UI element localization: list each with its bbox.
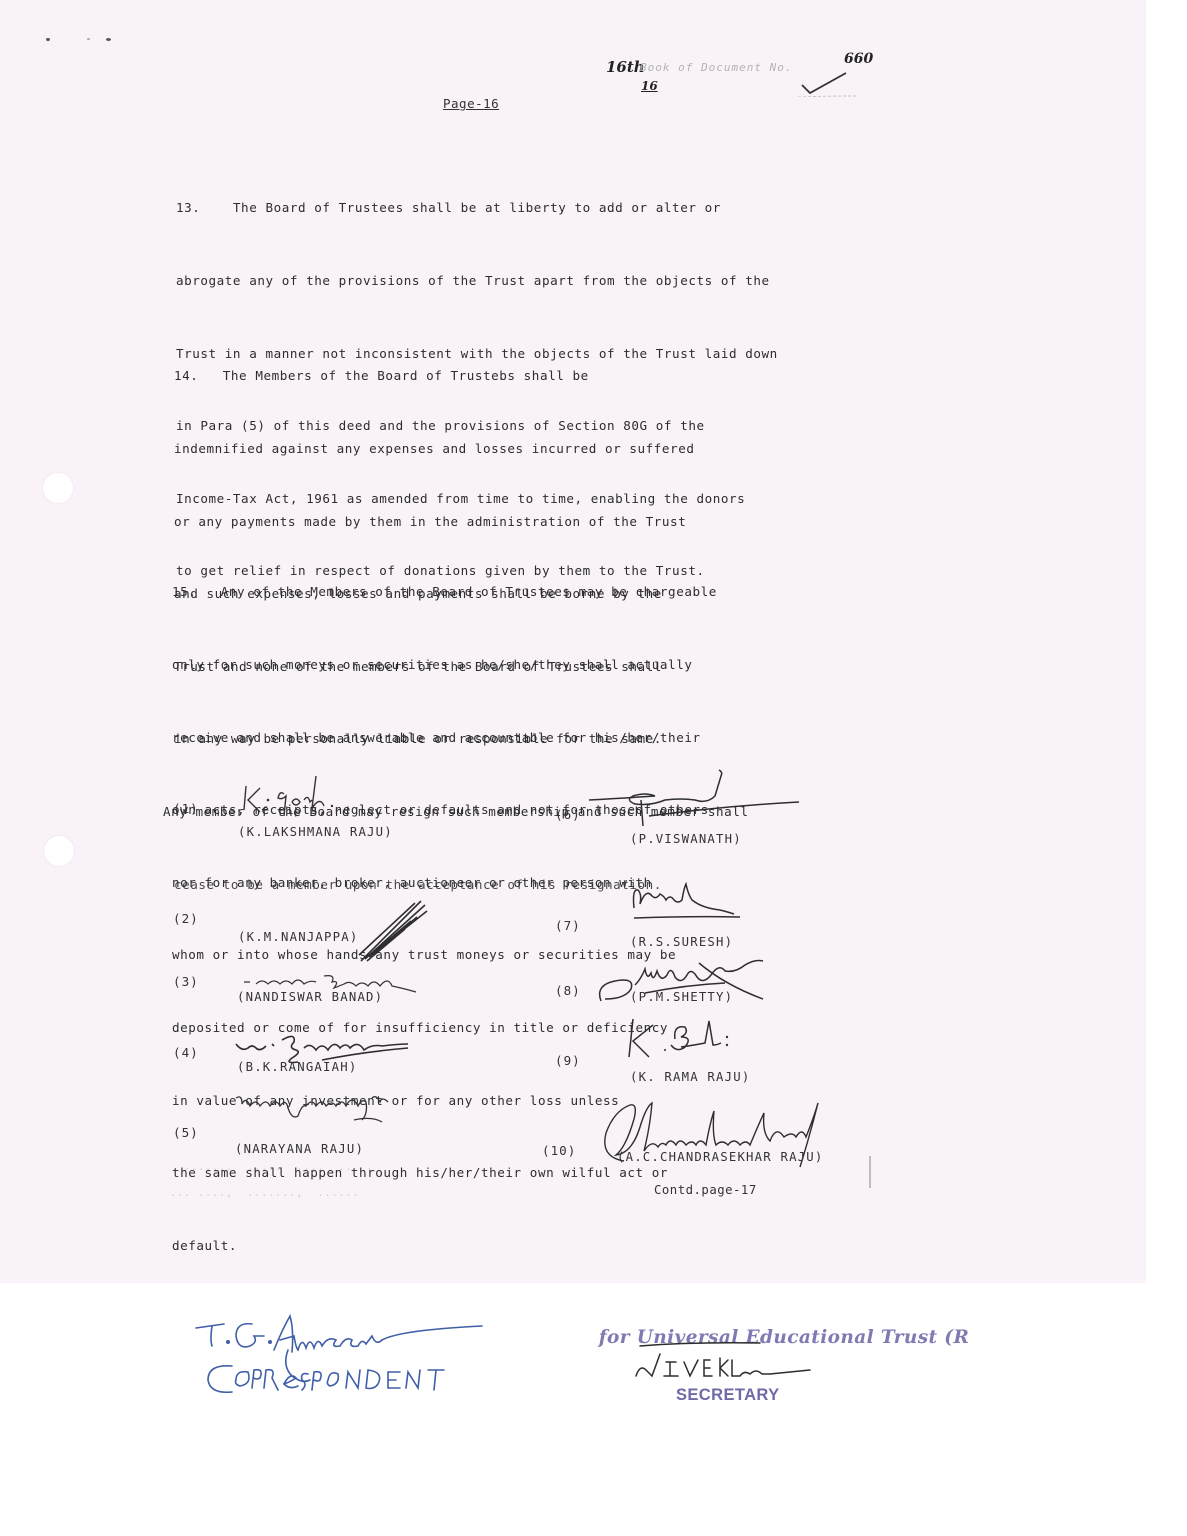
signatory-name: (K.M.NANJAPPA) [238, 930, 358, 944]
handwritten-second-line: 16 [641, 79, 658, 93]
signature-mark [355, 895, 435, 965]
signatory-number: (7) [555, 918, 581, 933]
signatory-number: (9) [555, 1053, 581, 1068]
signatory-name: (R.S.SURESH) [630, 935, 733, 949]
punch-hole-top [43, 473, 73, 503]
scanned-page: 16th Book of Document No. 660 16 Page-16… [0, 0, 1146, 1283]
clause-line: indemnified against any expenses and los… [174, 437, 749, 461]
signatory-number: (8) [555, 983, 581, 998]
bleed-through-text: ... ...., ......., ...... [170, 1188, 360, 1199]
clause-line: abrogate any of the provisions of the Tr… [176, 269, 778, 293]
margin-mark [869, 1156, 871, 1188]
signatory-number: (2) [173, 911, 199, 926]
clause-line: 13. The Board of Trustees shall be at li… [176, 196, 778, 220]
clause-line: 15. Any of the Members of the Board of T… [172, 580, 717, 604]
signatory-name: (NANDISWAR BANAD) [237, 990, 383, 1004]
page-number-label: Page-16 [443, 96, 499, 111]
scan-speck [46, 38, 50, 41]
clause-line: only for such moneys or securities as he… [172, 653, 717, 677]
secretary-signature [630, 1340, 830, 1385]
signature-mark [625, 1015, 745, 1065]
punch-hole-bottom [44, 836, 74, 866]
signatory-name: (B.K.RANGAIAH) [237, 1060, 357, 1074]
signatory-number: (5) [173, 1125, 199, 1140]
clause-line: receive and shall be answerable and acco… [172, 726, 717, 750]
signatory-name: (A.C.CHANDRASEKHAR RAJU) [617, 1150, 823, 1164]
scan-speck [87, 38, 90, 40]
signatory-name: (NARAYANA RAJU) [235, 1142, 364, 1156]
handwritten-book-number: 16th [606, 58, 645, 76]
signatory-number: (4) [173, 1045, 199, 1060]
signatory-name: (P.M.SHETTY) [630, 990, 733, 1004]
correspondent-signature [190, 1300, 500, 1410]
handwritten-document-number: 660 [844, 51, 873, 67]
clause-line: 14. The Members of the Board of Trustebs… [174, 364, 749, 388]
signatory-number: (3) [173, 974, 199, 989]
signatory-number: (6) [555, 807, 581, 822]
signatory-name: (P.VISWANATH) [630, 832, 742, 846]
signature-mark [240, 772, 360, 822]
signatory-number: (1) [173, 801, 199, 816]
signatory-number: (10) [542, 1143, 576, 1158]
signature-mark [630, 880, 745, 922]
signature-mark [232, 1090, 412, 1130]
registration-annotation: 16th Book of Document No. 660 16 [598, 55, 898, 105]
faded-stamp-text: Book of Document No. [640, 61, 792, 74]
secretary-title: SECRETARY [676, 1386, 780, 1405]
bleed-through-text: ....... ..... .... .. . [170, 1162, 374, 1173]
signature-mark [585, 770, 800, 830]
scan-speck [106, 38, 111, 41]
clause-line: or any payments made by them in the admi… [174, 510, 749, 534]
signatory-name: (K. RAMA RAJU) [630, 1070, 750, 1084]
clause-line: default. [172, 1234, 717, 1258]
checkmark-icon [798, 67, 858, 97]
continued-note: Contd.page-17 [654, 1183, 757, 1197]
signatory-name: (K.LAKSHMANA RAJU) [238, 825, 393, 839]
